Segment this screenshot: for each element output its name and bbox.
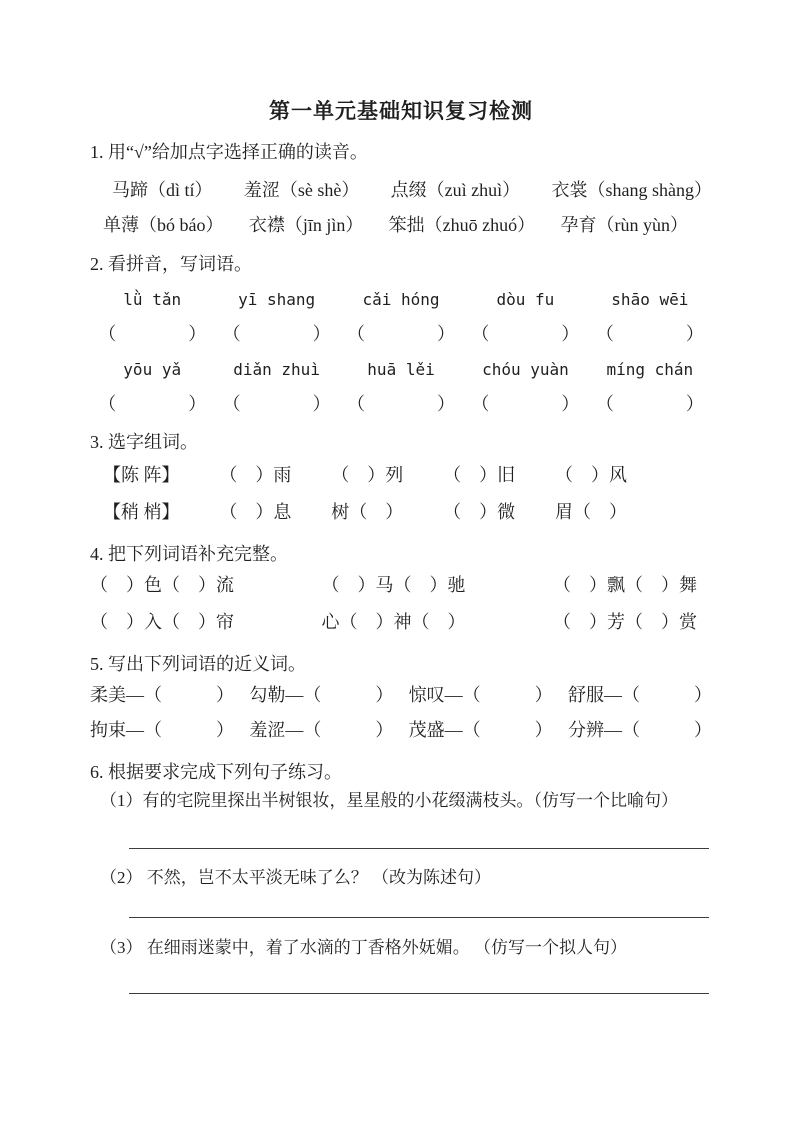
question-2-pinyin-row-1: lǜ tǎn yī shang cǎi hóng dòu fu shāo wēi [90,288,712,312]
q4-item: （ ）芳（ ）赏 [553,610,697,634]
worksheet-page: 第一单元基础知识复习检测 1. 用“√”给加点字选择正确的读音。 马蹄（dì t… [0,0,793,1122]
answer-line-3 [129,993,709,994]
q5-item: 惊叹—（ ） [409,683,553,707]
q5-item: 分辨—（ ） [568,718,712,742]
question-6-sentence-2: （2） 不然，岂不太平淡无味了么？ （改为陈述句） [100,865,712,891]
page-title: 第一单元基础知识复习检测 [90,96,712,126]
question-6-sentence-1: （1）有的宅院里探出半树银妆，星星般的小花缀满枝头。（仿写一个比喻句） [100,788,712,814]
character-choice-bracket: 【稍 梢】 [103,500,180,524]
answer-line-1 [129,848,709,849]
question-6-sentence-3: （3） 在细雨迷蒙中，着了水滴的丁香格外妩媚。 （仿写一个拟人句） [100,935,712,961]
q3-item: （ ）息 [219,500,291,524]
q4-item: 心（ ）神（ ） [322,610,466,634]
q1-item: 衣襟（jīn jìn） [249,213,364,237]
q3-item: （ ）雨 [219,463,291,487]
question-2-label: 2. 看拼音，写词语。 [90,252,712,276]
question-3-row-1: 【陈 阵】 （ ）雨 （ ）列 （ ）旧 （ ）风 [103,463,627,487]
character-choice-bracket: 【陈 阵】 [103,463,180,487]
q1-item: 点缀（zuì zhuì） [391,178,520,202]
q5-item: 勾勒—（ ） [249,683,393,707]
q5-item: 羞涩—（ ） [249,718,393,742]
q3-item: （ ）风 [555,463,627,487]
question-5-label: 5. 写出下列词语的近义词。 [90,652,712,676]
pinyin-word: huā lěi [339,358,463,382]
q3-item: （ ）旧 [443,463,515,487]
question-1-row-1: 马蹄（dì tí） 羞涩（sè shè） 点缀（zuì zhuì） 衣裳（sha… [112,178,712,202]
q4-item: （ ）马（ ）驰 [322,573,466,597]
answer-blank: （ ） [214,392,338,416]
question-4-row-1: （ ）色（ ）流 （ ）马（ ）驰 （ ）飘（ ）舞 [90,573,697,597]
q1-item: 衣裳（shang shàng） [551,178,712,202]
q3-item: 眉（ ） [555,500,627,524]
answer-blank: （ ） [339,392,463,416]
pinyin-word: yōu yǎ [90,358,214,382]
q1-item: 笨拙（zhuō zhuó） [389,213,535,237]
q1-item: 马蹄（dì tí） [112,178,213,202]
answer-blank: （ ） [90,392,214,416]
question-2-blank-row-1: （ ） （ ） （ ） （ ） （ ） [90,322,712,346]
pinyin-word: dòu fu [463,288,587,312]
question-5-row-1: 柔美—（ ） 勾勒—（ ） 惊叹—（ ） 舒服—（ ） [90,683,712,707]
q4-item: （ ）入（ ）帘 [90,610,234,634]
question-5-row-2: 拘束—（ ） 羞涩—（ ） 茂盛—（ ） 分辨—（ ） [90,718,712,742]
pinyin-word: yī shang [214,288,338,312]
q5-item: 舒服—（ ） [568,683,712,707]
answer-blank: （ ） [588,322,712,346]
q5-item: 拘束—（ ） [90,718,234,742]
answer-blank: （ ） [214,322,338,346]
question-3-label: 3. 选字组词。 [90,430,712,454]
pinyin-word: chóu yuàn [463,358,587,382]
question-1-row-2: 单薄（bó báo） 衣襟（jīn jìn） 笨拙（zhuō zhuó） 孕育（… [103,213,688,237]
answer-blank: （ ） [90,322,214,346]
pinyin-word: lǜ tǎn [90,288,214,312]
pinyin-word: cǎi hóng [339,288,463,312]
question-3-row-2: 【稍 梢】 （ ）息 树（ ） （ ）微 眉（ ） [103,500,627,524]
q5-item: 茂盛—（ ） [409,718,553,742]
answer-blank: （ ） [588,392,712,416]
q4-item: （ ）飘（ ）舞 [553,573,697,597]
q5-item: 柔美—（ ） [90,683,234,707]
q4-item: （ ）色（ ）流 [90,573,234,597]
question-2-pinyin-row-2: yōu yǎ diǎn zhuì huā lěi chóu yuàn míng … [90,358,712,382]
question-4-row-2: （ ）入（ ）帘 心（ ）神（ ） （ ）芳（ ）赏 [90,610,697,634]
question-6-label: 6. 根据要求完成下列句子练习。 [90,760,712,784]
answer-blank: （ ） [339,322,463,346]
question-4-label: 4. 把下列词语补充完整。 [90,542,712,566]
pinyin-word: míng chán [588,358,712,382]
q3-item: （ ）微 [443,500,515,524]
answer-blank: （ ） [463,392,587,416]
pinyin-word: diǎn zhuì [214,358,338,382]
pinyin-word: shāo wēi [588,288,712,312]
q1-item: 单薄（bó báo） [103,213,224,237]
answer-blank: （ ） [463,322,587,346]
question-2-blank-row-2: （ ） （ ） （ ） （ ） （ ） [90,392,712,416]
q3-item: （ ）列 [331,463,403,487]
answer-line-2 [129,917,709,918]
q1-item: 孕育（rùn yùn） [560,213,688,237]
q3-item: 树（ ） [331,500,403,524]
q1-item: 羞涩（sè shè） [244,178,360,202]
question-1-label: 1. 用“√”给加点字选择正确的读音。 [90,140,712,164]
